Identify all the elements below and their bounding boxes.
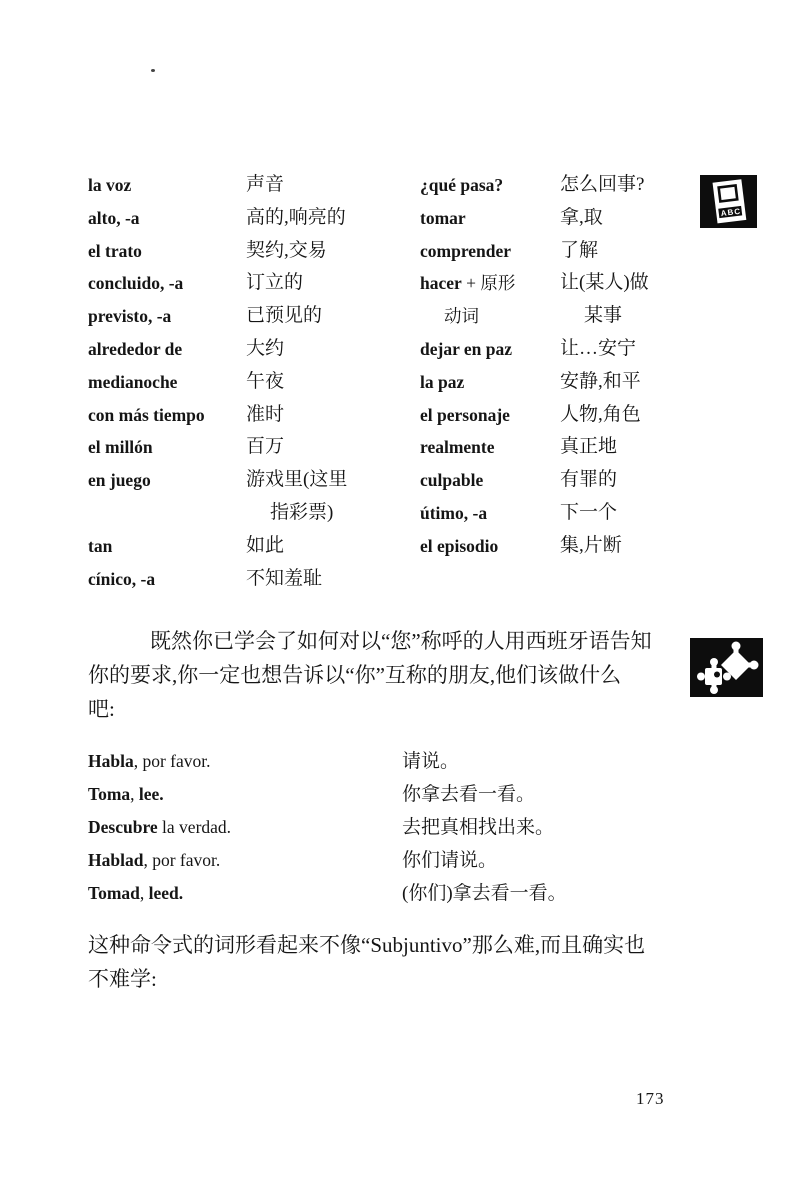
term-bold-text: Descubre xyxy=(88,817,158,837)
vocab-translation-line: 不知羞耻 xyxy=(246,563,418,596)
vocab-term: dejar en paz xyxy=(420,333,560,366)
vocab-term: ¿qué pasa? xyxy=(420,169,560,202)
vocab-translation: 真正地 xyxy=(560,431,700,464)
sentence-chinese: 请说。 xyxy=(402,745,700,778)
vocab-translation-line: 百万 xyxy=(246,431,418,464)
vocab-translation-line: 人物,角色 xyxy=(560,399,700,432)
vocab-term: hacer + 原形动词 xyxy=(420,267,560,333)
paragraph-line: 不难学: xyxy=(88,962,690,996)
vocab-term-line: el trato xyxy=(88,235,246,268)
term-regular-text: + 原形 xyxy=(462,273,516,293)
term-bold-text: Tomad xyxy=(88,883,140,903)
vocab-row: tan如此 xyxy=(88,530,418,563)
vocab-term: con más tiempo xyxy=(88,399,246,432)
vocab-term: el personaje xyxy=(420,399,560,432)
paragraph-line: 吧: xyxy=(88,692,690,726)
scan-speck xyxy=(151,69,155,72)
term-bold-text: la paz xyxy=(420,372,464,392)
term-bold-text: el millón xyxy=(88,437,153,457)
vocab-term: medianoche xyxy=(88,366,246,399)
sentence-row: Tomad, leed.(你们)拿去看一看。 xyxy=(88,877,700,910)
vocab-row: realmente真正地 xyxy=(420,431,700,464)
vocab-translation-line: 让(某人)做 xyxy=(560,267,700,300)
puzzle-icon xyxy=(690,638,763,702)
term-bold-text: leed. xyxy=(149,883,184,903)
term-bold-text: en juego xyxy=(88,470,151,490)
sentences-section: Habla, por favor.请说。Toma, lee.你拿去看一看。Des… xyxy=(88,745,700,910)
vocab-term-line: el millón xyxy=(88,431,246,464)
paragraph-line: 既然你已学会了如何对以“您”称呼的人用西班牙语告知 xyxy=(88,624,690,658)
vocab-term: comprender xyxy=(420,235,560,268)
sentence-chinese: 你拿去看一看。 xyxy=(402,778,700,811)
term-bold-text: alto, -a xyxy=(88,208,140,228)
vocab-translation-line: 真正地 xyxy=(560,431,700,464)
vocab-row: culpable有罪的 xyxy=(420,464,700,497)
vocab-term-line: útimo, -a xyxy=(420,497,560,530)
vocab-translation-line: 怎么回事? xyxy=(560,169,700,202)
vocab-translation-line: 集,片断 xyxy=(560,530,700,563)
term-bold-text: ¿qué pasa? xyxy=(420,175,503,195)
paragraph-line: 你的要求,你一定也想告诉以“你”互称的朋友,他们该做什么 xyxy=(88,658,690,692)
vocab-row: útimo, -a下一个 xyxy=(420,497,700,530)
vocab-translation: 游戏里(这里指彩票) xyxy=(246,464,418,530)
vocab-row: el millón百万 xyxy=(88,431,418,464)
term-bold-text: Hablad xyxy=(88,850,143,870)
vocab-translation-line: 已预见的 xyxy=(246,300,418,333)
vocab-term: útimo, -a xyxy=(420,497,560,530)
term-regular-text: , xyxy=(140,883,149,903)
vocab-translation: 了解 xyxy=(560,235,700,268)
vocab-row: alto, -a高的,响亮的 xyxy=(88,202,418,235)
sentence-spanish: Habla, por favor. xyxy=(88,745,402,778)
vocab-translation: 拿,取 xyxy=(560,202,700,235)
vocab-row: alrededor de大约 xyxy=(88,333,418,366)
vocab-translation: 不知羞耻 xyxy=(246,563,418,596)
vocab-translation: 订立的 xyxy=(246,267,418,300)
sentence-chinese: 你们请说。 xyxy=(402,844,700,877)
sentence-row: Descubre la verdad.去把真相找出来。 xyxy=(88,811,700,844)
term-bold-text: medianoche xyxy=(88,372,177,392)
vocab-term-line: el personaje xyxy=(420,399,560,432)
sentence-row: Hablad, por favor.你们请说。 xyxy=(88,844,700,877)
vocab-term: la paz xyxy=(420,366,560,399)
page-number: 173 xyxy=(636,1089,665,1109)
vocab-row: previsto, -a已预见的 xyxy=(88,300,418,333)
term-regular-text: , xyxy=(130,784,139,804)
vocab-column-left: la voz声音alto, -a高的,响亮的el trato契约,交易concl… xyxy=(88,169,418,595)
vocab-term: el episodio xyxy=(420,530,560,563)
term-bold-text: alrededor de xyxy=(88,339,182,359)
vocab-row: ¿qué pasa?怎么回事? xyxy=(420,169,700,202)
vocab-row: el trato契约,交易 xyxy=(88,235,418,268)
term-regular-text: 动词 xyxy=(444,306,479,326)
vocab-translation-line: 安静,和平 xyxy=(560,366,700,399)
sentence-spanish: Descubre la verdad. xyxy=(88,811,402,844)
vocab-term: previsto, -a xyxy=(88,300,246,333)
vocab-row: comprender了解 xyxy=(420,235,700,268)
term-bold-text: lee. xyxy=(139,784,164,804)
vocab-translation: 让(某人)做某事 xyxy=(560,267,700,333)
term-bold-text: cínico, -a xyxy=(88,569,155,589)
vocab-term: la voz xyxy=(88,169,246,202)
vocab-term-line: tomar xyxy=(420,202,560,235)
vocab-row: en juego游戏里(这里指彩票) xyxy=(88,464,418,530)
vocab-translation-line: 声音 xyxy=(246,169,418,202)
vocab-term-line: medianoche xyxy=(88,366,246,399)
vocab-term-line: comprender xyxy=(420,235,560,268)
vocab-translation-line: 游戏里(这里 xyxy=(246,464,418,497)
vocab-row: el personaje人物,角色 xyxy=(420,399,700,432)
vocab-translation-line: 高的,响亮的 xyxy=(246,202,418,235)
vocab-term: realmente xyxy=(420,431,560,464)
term-bold-text: con más tiempo xyxy=(88,405,205,425)
vocab-translation-line: 大约 xyxy=(246,333,418,366)
sentence-row: Toma, lee.你拿去看一看。 xyxy=(88,778,700,811)
vocab-translation: 已预见的 xyxy=(246,300,418,333)
sentence-spanish: Hablad, por favor. xyxy=(88,844,402,877)
vocab-translation-line: 拿,取 xyxy=(560,202,700,235)
vocab-term-line: 动词 xyxy=(420,300,560,333)
term-regular-text: , por favor. xyxy=(143,850,220,870)
sentence-row: Habla, por favor.请说。 xyxy=(88,745,700,778)
vocab-term-line: hacer + 原形 xyxy=(420,267,560,300)
vocab-term: el millón xyxy=(88,431,246,464)
vocab-translation-line: 午夜 xyxy=(246,366,418,399)
vocab-term: tomar xyxy=(420,202,560,235)
term-bold-text: Toma xyxy=(88,784,130,804)
vocab-translation: 让…安宁 xyxy=(560,333,700,366)
vocab-term-line: en juego xyxy=(88,464,246,497)
vocab-translation: 安静,和平 xyxy=(560,366,700,399)
term-bold-text: el trato xyxy=(88,241,142,261)
vocab-row: con más tiempo准时 xyxy=(88,399,418,432)
term-bold-text: Habla xyxy=(88,751,134,771)
vocab-translation: 怎么回事? xyxy=(560,169,700,202)
sentence-spanish: Toma, lee. xyxy=(88,778,402,811)
vocab-row: dejar en paz让…安宁 xyxy=(420,333,700,366)
vocab-translation: 午夜 xyxy=(246,366,418,399)
vocab-term-line: ¿qué pasa? xyxy=(420,169,560,202)
vocab-translation-line: 契约,交易 xyxy=(246,235,418,268)
term-bold-text: hacer xyxy=(420,273,462,293)
vocab-translation: 下一个 xyxy=(560,497,700,530)
term-bold-text: tomar xyxy=(420,208,466,228)
vocab-translation: 有罪的 xyxy=(560,464,700,497)
term-bold-text: el episodio xyxy=(420,536,498,556)
vocab-term-line: realmente xyxy=(420,431,560,464)
vocab-translation-line: 准时 xyxy=(246,399,418,432)
vocab-translation: 百万 xyxy=(246,431,418,464)
vocab-row: el episodio集,片断 xyxy=(420,530,700,563)
term-bold-text: tan xyxy=(88,536,112,556)
vocab-term-line: tan xyxy=(88,530,246,563)
term-bold-text: comprender xyxy=(420,241,511,261)
term-bold-text: útimo, -a xyxy=(420,503,487,523)
vocab-row: la paz安静,和平 xyxy=(420,366,700,399)
vocab-term-line: dejar en paz xyxy=(420,333,560,366)
term-bold-text: el personaje xyxy=(420,405,510,425)
term-regular-text: la verdad. xyxy=(158,817,231,837)
vocab-row: hacer + 原形动词让(某人)做某事 xyxy=(420,267,700,333)
vocab-term: tan xyxy=(88,530,246,563)
vocab-term-line: alrededor de xyxy=(88,333,246,366)
vocab-term-line: previsto, -a xyxy=(88,300,246,333)
vocab-term-line: cínico, -a xyxy=(88,563,246,596)
vocab-row: tomar拿,取 xyxy=(420,202,700,235)
vocab-term: concluido, -a xyxy=(88,267,246,300)
vocab-term-line: el episodio xyxy=(420,530,560,563)
sentence-chinese: (你们)拿去看一看。 xyxy=(402,877,700,910)
vocab-translation: 声音 xyxy=(246,169,418,202)
vocab-translation: 大约 xyxy=(246,333,418,366)
vocab-translation: 高的,响亮的 xyxy=(246,202,418,235)
vocab-term-line: alto, -a xyxy=(88,202,246,235)
vocab-term: alrededor de xyxy=(88,333,246,366)
vocab-term-line: la paz xyxy=(420,366,560,399)
paragraph-line: 这种命令式的词形看起来不像“Subjuntivo”那么难,而且确实也 xyxy=(88,928,690,962)
vocab-column-right: ¿qué pasa?怎么回事?tomar拿,取comprender了解hacer… xyxy=(420,169,700,563)
vocab-translation: 契约,交易 xyxy=(246,235,418,268)
vocab-translation: 集,片断 xyxy=(560,530,700,563)
vocab-translation-line: 有罪的 xyxy=(560,464,700,497)
term-bold-text: dejar en paz xyxy=(420,339,512,359)
vocab-translation-line: 了解 xyxy=(560,235,700,268)
term-regular-text: , por favor. xyxy=(134,751,211,771)
term-bold-text: la voz xyxy=(88,175,131,195)
vocab-row: cínico, -a不知羞耻 xyxy=(88,563,418,596)
vocab-translation-line: 某事 xyxy=(560,300,700,333)
term-bold-text: realmente xyxy=(420,437,495,457)
vocab-translation-line: 订立的 xyxy=(246,267,418,300)
term-bold-text: previsto, -a xyxy=(88,306,171,326)
paragraph-closing: 这种命令式的词形看起来不像“Subjuntivo”那么难,而且确实也不难学: xyxy=(88,928,690,996)
vocab-translation-line: 让…安宁 xyxy=(560,333,700,366)
vocab-translation-line: 指彩票) xyxy=(246,497,418,530)
vocab-translation-line: 如此 xyxy=(246,530,418,563)
vocab-translation: 准时 xyxy=(246,399,418,432)
vocab-translation: 如此 xyxy=(246,530,418,563)
vocab-card-icon: ABC xyxy=(700,175,757,233)
vocab-translation-line: 下一个 xyxy=(560,497,700,530)
vocab-term-line: concluido, -a xyxy=(88,267,246,300)
vocab-term-line: culpable xyxy=(420,464,560,497)
vocab-term-line: con más tiempo xyxy=(88,399,246,432)
vocab-term: en juego xyxy=(88,464,246,497)
sentence-spanish: Tomad, leed. xyxy=(88,877,402,910)
vocab-row: concluido, -a订立的 xyxy=(88,267,418,300)
term-bold-text: culpable xyxy=(420,470,483,490)
vocab-term: alto, -a xyxy=(88,202,246,235)
vocab-row: medianoche午夜 xyxy=(88,366,418,399)
vocab-term: cínico, -a xyxy=(88,563,246,596)
vocab-term-line: la voz xyxy=(88,169,246,202)
vocab-row: la voz声音 xyxy=(88,169,418,202)
sentence-chinese: 去把真相找出来。 xyxy=(402,811,700,844)
paragraph-intro: 既然你已学会了如何对以“您”称呼的人用西班牙语告知你的要求,你一定也想告诉以“你… xyxy=(88,624,690,726)
vocab-translation: 人物,角色 xyxy=(560,399,700,432)
vocab-term: el trato xyxy=(88,235,246,268)
term-bold-text: concluido, -a xyxy=(88,273,183,293)
vocab-term: culpable xyxy=(420,464,560,497)
